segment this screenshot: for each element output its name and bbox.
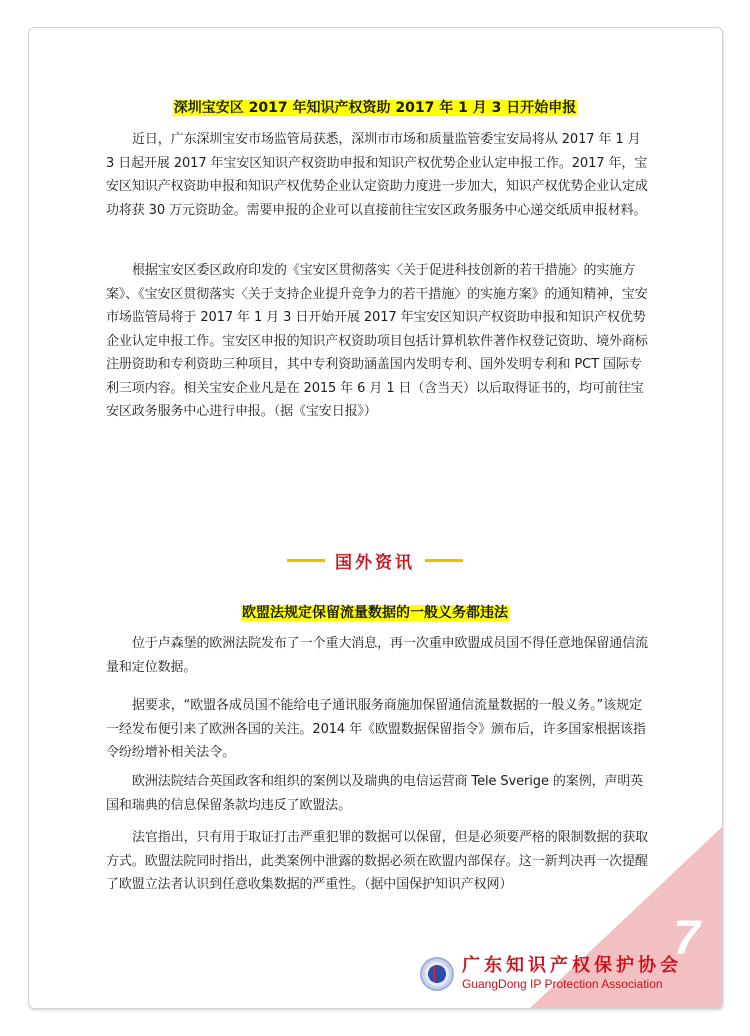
- section-divider-left: [287, 559, 325, 562]
- article2-paragraph-1: 位于卢森堡的欧洲法院发布了一个重大消息，再一次重申欧盟成员国不得任意地保留通信流…: [106, 632, 650, 679]
- article2-title: 欧盟法规定保留流量数据的一般义务都违法: [0, 603, 750, 623]
- section-header: 国外资讯: [0, 545, 750, 575]
- article2-paragraph-3: 欧洲法院结合英国政客和组织的案例以及瑞典的电信运营商 Tele Sverige …: [106, 770, 650, 817]
- article2-paragraph-4: 法官指出，只有用于取证打击严重犯罪的数据可以保留，但是必须要严格的限制数据的获取…: [106, 826, 650, 897]
- section-title: 国外资讯: [335, 548, 415, 573]
- org-name-cn: 广东知识产权保护协会: [462, 955, 682, 977]
- article1-paragraph-1: 近日，广东深圳宝安市场监管局获悉，深圳市市场和质量监管委宝安局将从 2017 年…: [106, 128, 650, 222]
- article2-title-text: 欧盟法规定保留流量数据的一般义务都违法: [241, 605, 509, 621]
- section-divider-right: [425, 559, 463, 562]
- org-name-en: GuangDong IP Protection Association: [462, 977, 682, 992]
- article1-title: 深圳宝安区 2017 年知识产权资助 2017 年 1 月 3 日开始申报: [0, 98, 750, 118]
- article2-paragraph-2: 据要求，“欧盟各成员国不能给电子通讯服务商施加保留通信流量数据的一般义务。”该规…: [106, 694, 650, 765]
- logo-text: 广东知识产权保护协会 GuangDong IP Protection Assoc…: [462, 955, 682, 992]
- association-emblem-icon: [420, 957, 454, 991]
- article1-paragraph-2: 根据宝安区委区政府印发的《宝安区贯彻落实〈关于促进科技创新的若干措施〉的实施方案…: [106, 259, 650, 424]
- article1-title-text: 深圳宝安区 2017 年知识产权资助 2017 年 1 月 3 日开始申报: [173, 100, 577, 116]
- association-logo: 广东知识产权保护协会 GuangDong IP Protection Assoc…: [420, 955, 682, 992]
